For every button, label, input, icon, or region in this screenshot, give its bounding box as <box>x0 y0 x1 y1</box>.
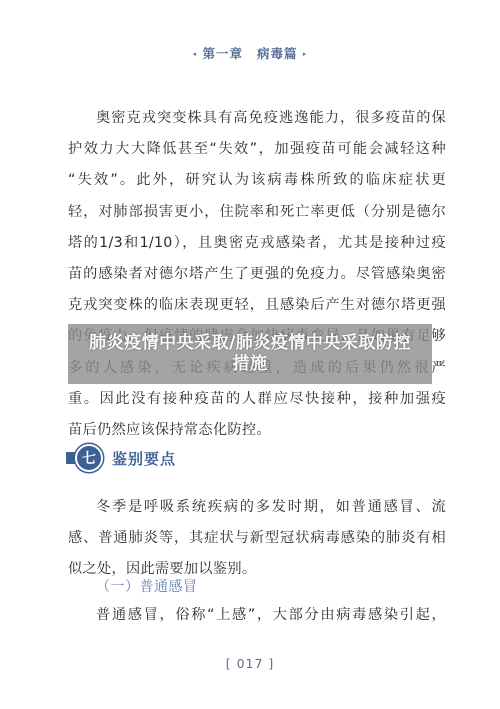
paragraph-differential: 冬季是呼吸系统疾病的多发时期，如普通感冒、流 感、普通肺炎等，其症状与新型冠状病… <box>68 492 446 586</box>
paragraph-omicron: 奥密克戎突变株具有高免疫逃逸能力，很多疫苗的保 护效力大大降低甚至“失效”，加强… <box>68 103 446 446</box>
title-overlay-banner: 肺炎疫情中央采取/肺炎疫情中央采取防控措施 <box>68 324 432 384</box>
text-line: 轻，对肺部损害更小，住院率和死亡率更低（分别是德尔 <box>68 197 446 228</box>
overlay-title: 肺炎疫情中央采取/肺炎疫情中央采取防控措施 <box>85 333 415 375</box>
page-number: [ 017 ] <box>0 656 500 671</box>
text-line: 克戎突变株的临床表现更轻，且感染后产生对德尔塔更强 <box>68 290 446 321</box>
document-page: ◂ 第一章病毒篇 ▸ 奥密克戎突变株具有高免疫逃逸能力，很多疫苗的保 护效力大大… <box>0 0 500 709</box>
section-title: 鉴别要点 <box>112 448 176 469</box>
text-line: 塔的1/3和1/10），且奥密克戎感染者，尤其是接种过疫 <box>68 228 446 259</box>
text-line: 奥密克戎突变株具有高免疫逃逸能力，很多疫苗的保 <box>68 103 446 134</box>
text-line: 冬季是呼吸系统疾病的多发时期，如普通感冒、流 <box>68 492 446 523</box>
left-triangle-icon: ◂ <box>193 49 198 58</box>
chapter-label: 第一章 <box>202 46 243 61</box>
subheading-common-cold: （一）普通感冒 <box>96 576 198 596</box>
section-number-badge: 七 <box>75 444 103 472</box>
running-header: ◂ 第一章病毒篇 ▸ <box>0 44 500 62</box>
text-line: 护效力大大降低甚至“失效”，加强疫苗可能会减轻这种 <box>68 134 446 165</box>
text-line: 感、普通肺炎等，其症状与新型冠状病毒感染的肺炎有相 <box>68 523 446 554</box>
text-line: “失效”。此外，研究认为该病毒株所致的临床症状更 <box>68 165 446 196</box>
text-line: 苗的感染者对德尔塔产生了更强的免疫力。尽管感染奥密 <box>68 259 446 290</box>
section-header: 七 鉴别要点 <box>66 443 176 473</box>
paragraph-common-cold: 普通感冒，俗称“上感”，大部分由病毒感染引起， <box>68 600 446 631</box>
section-label: 病毒篇 <box>257 46 298 61</box>
text-line: 苗后仍然应该保持常态化防控。 <box>68 415 446 446</box>
text-line: 重。因此没有接种疫苗的人群应尽快接种，接种加强疫 <box>68 384 446 415</box>
right-triangle-icon: ▸ <box>303 49 308 58</box>
text-line: 普通感冒，俗称“上感”，大部分由病毒感染引起， <box>68 600 446 631</box>
